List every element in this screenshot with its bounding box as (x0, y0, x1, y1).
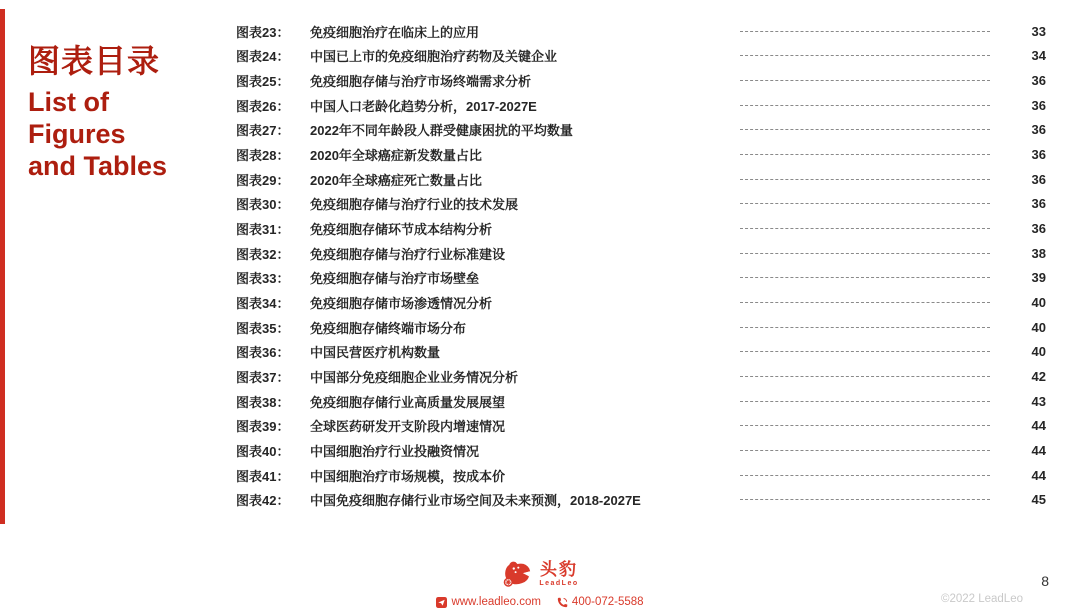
toc-entry-page: 36 (1030, 172, 1046, 187)
toc-leader-line (740, 55, 990, 56)
toc-entry[interactable]: 图表37： 中国部分免疫细胞企业业务情况分析 42 (236, 364, 1046, 389)
logo-text-en: LeadLeo (539, 579, 578, 588)
toc-entry[interactable]: 图表26： 中国人口老龄化趋势分析，2017-2027E 36 (236, 93, 1046, 118)
toc-entry-page: 38 (1030, 246, 1046, 261)
toc-entry-title: 2022年不同年龄段人群受健康困扰的平均数量 (310, 120, 740, 139)
toc-entry-label: 图表35： (236, 318, 310, 337)
toc-leader-line (740, 277, 990, 278)
page-title-en-line: and Tables (28, 150, 228, 182)
page-number: 8 (1041, 573, 1049, 589)
toc-leader-line (740, 475, 990, 476)
toc-entry-title: 中国人口老龄化趋势分析，2017-2027E (310, 96, 740, 115)
toc-entry-title: 中国已上市的免疫细胞治疗药物及关键企业 (310, 46, 740, 65)
toc-entry-label: 图表39： (236, 416, 310, 435)
toc-entry-label: 图表29： (236, 170, 310, 189)
toc-entry-page: 36 (1030, 221, 1046, 236)
toc-entry[interactable]: 图表40： 中国细胞治疗行业投融资情况 44 (236, 438, 1046, 463)
toc-entry[interactable]: 图表38： 免疫细胞存储行业高质量发展展望 43 (236, 389, 1046, 414)
toc-entry[interactable]: 图表23： 免疫细胞治疗在临床上的应用 33 (236, 19, 1046, 44)
send-icon (436, 597, 447, 608)
toc-entry-title: 免疫细胞存储与治疗市场壁垒 (310, 268, 740, 287)
toc-list: 图表23： 免疫细胞治疗在临床上的应用 33 图表24： 中国已上市的免疫细胞治… (236, 19, 1046, 512)
toc-entry-page: 43 (1030, 394, 1046, 409)
toc-entry-label: 图表32： (236, 244, 310, 263)
toc-leader-line (740, 105, 990, 106)
toc-entry-page: 36 (1030, 122, 1046, 137)
toc-leader-line (740, 31, 990, 32)
copyright: ©2022 LeadLeo (941, 593, 1023, 605)
toc-entry-title: 中国民营医疗机构数量 (310, 342, 740, 361)
toc-entry-page: 40 (1030, 320, 1046, 335)
toc-entry-label: 图表42： (236, 490, 310, 509)
footer-contact-row: www.leadleo.com 400-072-5588 (0, 596, 1080, 608)
toc-entry[interactable]: 图表34： 免疫细胞存储市场渗透情况分析 40 (236, 290, 1046, 315)
toc-entry-page: 34 (1030, 48, 1046, 63)
toc-entry[interactable]: 图表28： 2020年全球癌症新发数量占比 36 (236, 142, 1046, 167)
toc-entry-label: 图表25： (236, 71, 310, 90)
toc-leader-line (740, 80, 990, 81)
toc-entry[interactable]: 图表42： 中国免疫细胞存储行业市场空间及未来预测，2018-2027E 45 (236, 487, 1046, 512)
toc-leader-line (740, 351, 990, 352)
toc-entry[interactable]: 图表39： 全球医药研发开支阶段内增速情况 44 (236, 414, 1046, 439)
toc-entry-page: 33 (1030, 24, 1046, 39)
toc-leader-line (740, 179, 990, 180)
toc-entry[interactable]: 图表29： 2020年全球癌症死亡数量占比 36 (236, 167, 1046, 192)
toc-entry-page: 36 (1030, 98, 1046, 113)
toc-entry-title: 免疫细胞存储与治疗行业的技术发展 (310, 194, 740, 213)
toc-entry-label: 图表28： (236, 145, 310, 164)
toc-entry-label: 图表24： (236, 46, 310, 65)
toc-entry-title: 免疫细胞存储行业高质量发展展望 (310, 392, 740, 411)
toc-entry-title: 免疫细胞存储与治疗行业标准建设 (310, 244, 740, 263)
toc-leader-line (740, 228, 990, 229)
toc-entry-label: 图表40： (236, 441, 310, 460)
toc-leader-line (740, 499, 990, 500)
page-title-en-line: Figures (28, 118, 228, 150)
toc-leader-line (740, 203, 990, 204)
page-title-en: List of Figures and Tables (28, 86, 228, 182)
page-footer: 头豹 LeadLeo www.leadleo.com (0, 559, 1080, 608)
toc-leader-line (740, 129, 990, 130)
toc-entry-label: 图表33： (236, 268, 310, 287)
toc-entry-label: 图表30： (236, 194, 310, 213)
toc-entry-page: 44 (1030, 468, 1046, 483)
toc-entry-page: 42 (1030, 369, 1046, 384)
toc-leader-line (740, 327, 990, 328)
toc-entry-title: 免疫细胞存储与治疗市场终端需求分析 (310, 71, 740, 90)
website-text: www.leadleo.com (451, 596, 540, 608)
toc-entry-label: 图表27： (236, 120, 310, 139)
sidebar-title-block: 图表目录 List of Figures and Tables (28, 42, 228, 182)
toc-entry-label: 图表31： (236, 219, 310, 238)
toc-entry-label: 图表34： (236, 293, 310, 312)
website-link[interactable]: www.leadleo.com (436, 596, 540, 608)
toc-entry-label: 图表38： (236, 392, 310, 411)
toc-entry[interactable]: 图表32： 免疫细胞存储与治疗行业标准建设 38 (236, 241, 1046, 266)
toc-entry-label: 图表26： (236, 96, 310, 115)
toc-entry[interactable]: 图表30： 免疫细胞存储与治疗行业的技术发展 36 (236, 192, 1046, 217)
leadleo-logo-text: 头豹 LeadLeo (539, 561, 578, 588)
phone-link[interactable]: 400-072-5588 (557, 596, 644, 608)
toc-leader-line (740, 154, 990, 155)
toc-entry[interactable]: 图表24： 中国已上市的免疫细胞治疗药物及关键企业 34 (236, 44, 1046, 69)
toc-entry-page: 39 (1030, 270, 1046, 285)
toc-entry-title: 2020年全球癌症死亡数量占比 (310, 170, 740, 189)
toc-entry[interactable]: 图表31： 免疫细胞存储环节成本结构分析 36 (236, 216, 1046, 241)
toc-entry-label: 图表41： (236, 466, 310, 485)
toc-entry[interactable]: 图表35： 免疫细胞存储终端市场分布 40 (236, 315, 1046, 340)
toc-entry-label: 图表36： (236, 342, 310, 361)
toc-entry-page: 40 (1030, 344, 1046, 359)
leadleo-leopard-icon (501, 559, 532, 589)
document-page: 图表目录 List of Figures and Tables 图表23： 免疫… (0, 0, 1080, 611)
toc-entry-title: 全球医药研发开支阶段内增速情况 (310, 416, 740, 435)
toc-entry-title: 免疫细胞存储环节成本结构分析 (310, 219, 740, 238)
toc-entry-title: 免疫细胞治疗在临床上的应用 (310, 22, 740, 41)
toc-entry[interactable]: 图表33： 免疫细胞存储与治疗市场壁垒 39 (236, 266, 1046, 291)
toc-leader-line (740, 401, 990, 402)
phone-text: 400-072-5588 (572, 596, 644, 608)
toc-entry-title: 免疫细胞存储市场渗透情况分析 (310, 293, 740, 312)
toc-entry-page: 36 (1030, 196, 1046, 211)
page-title-en-line: List of (28, 86, 228, 118)
logo-text-zh: 头豹 (540, 561, 578, 579)
toc-entry-page: 36 (1030, 73, 1046, 88)
toc-leader-line (740, 253, 990, 254)
toc-entry-label: 图表23： (236, 22, 310, 41)
toc-entry-page: 40 (1030, 295, 1046, 310)
toc-entry[interactable]: 图表41： 中国细胞治疗市场规模，按成本价 44 (236, 463, 1046, 488)
toc-leader-line (740, 376, 990, 377)
toc-entry-title: 中国部分免疫细胞企业业务情况分析 (310, 367, 740, 386)
phone-icon (557, 597, 568, 608)
toc-entry-title: 免疫细胞存储终端市场分布 (310, 318, 740, 337)
toc-entry[interactable]: 图表25： 免疫细胞存储与治疗市场终端需求分析 36 (236, 68, 1046, 93)
toc-entry-title: 2020年全球癌症新发数量占比 (310, 145, 740, 164)
left-accent-bar (0, 9, 5, 524)
toc-entry-label: 图表37： (236, 367, 310, 386)
toc-leader-line (740, 302, 990, 303)
toc-entry-title: 中国免疫细胞存储行业市场空间及未来预测，2018-2027E (310, 490, 740, 509)
toc-entry[interactable]: 图表27： 2022年不同年龄段人群受健康困扰的平均数量 36 (236, 118, 1046, 143)
toc-entry-page: 45 (1030, 492, 1046, 507)
leadleo-logo: 头豹 LeadLeo (501, 559, 578, 589)
toc-entry-page: 36 (1030, 147, 1046, 162)
toc-entry-page: 44 (1030, 418, 1046, 433)
toc-leader-line (740, 425, 990, 426)
page-title-zh: 图表目录 (28, 42, 228, 80)
toc-leader-line (740, 450, 990, 451)
toc-entry-title: 中国细胞治疗行业投融资情况 (310, 441, 740, 460)
toc-entry-page: 44 (1030, 443, 1046, 458)
toc-entry-title: 中国细胞治疗市场规模，按成本价 (310, 466, 740, 485)
toc-entry[interactable]: 图表36： 中国民营医疗机构数量 40 (236, 340, 1046, 365)
